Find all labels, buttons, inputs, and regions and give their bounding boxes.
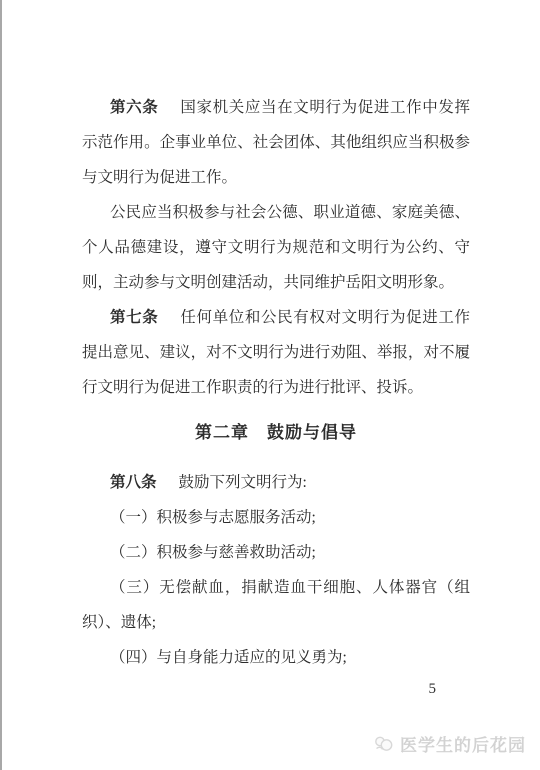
watermark: 医学生的后花园 [373,731,526,756]
list-item-text: （三）无偿献血，捐献造血干细胞、人体器官（组织）、遗体; [82,579,470,631]
list-item-3: （三）无偿献血，捐献造血干细胞、人体器官（组织）、遗体; [82,570,470,640]
article-number-label: 第八条 [110,474,157,491]
list-item-text: （一）积极参与志愿服务活动; [110,509,316,526]
list-item-2: （二）积极参与慈善救助活动; [82,535,470,570]
document-page: 第六条国家机关应当在文明行为促进工作中发挥示范作用。企事业单位、社会团体、其他组… [0,0,540,770]
article-number-label: 第七条 [110,309,158,326]
article-number-label: 第六条 [110,99,158,116]
paragraph-article-7: 第七条任何单位和公民有权对文明行为促进工作提出意见、建议，对不文明行为进行劝阻、… [82,300,470,405]
chapter-heading: 第二章 鼓励与倡导 [82,417,470,449]
garden-logo-icon [373,733,395,755]
page-content: 第六条国家机关应当在文明行为促进工作中发挥示范作用。企事业单位、社会团体、其他组… [82,90,470,675]
page-number: 5 [429,681,437,698]
paragraph-article-8: 第八条鼓励下列文明行为: [82,465,470,500]
list-item-4: （四）与自身能力适应的见义勇为; [82,640,470,675]
paragraph-citizens: 公民应当积极参与社会公德、职业道德、家庭美德、个人品德建设，遵守文明行为规范和文… [82,195,470,300]
paragraph-text: 公民应当积极参与社会公德、职业道德、家庭美德、个人品德建设，遵守文明行为规范和文… [82,204,470,291]
list-item-1: （一）积极参与志愿服务活动; [82,500,470,535]
list-item-text: （四）与自身能力适应的见义勇为; [110,649,347,666]
list-item-text: （二）积极参与慈善救助活动; [110,544,316,561]
watermark-text: 医学生的后花园 [400,731,526,756]
paragraph-text: 鼓励下列文明行为: [179,474,307,491]
paragraph-article-6: 第六条国家机关应当在文明行为促进工作中发挥示范作用。企事业单位、社会团体、其他组… [82,90,470,195]
